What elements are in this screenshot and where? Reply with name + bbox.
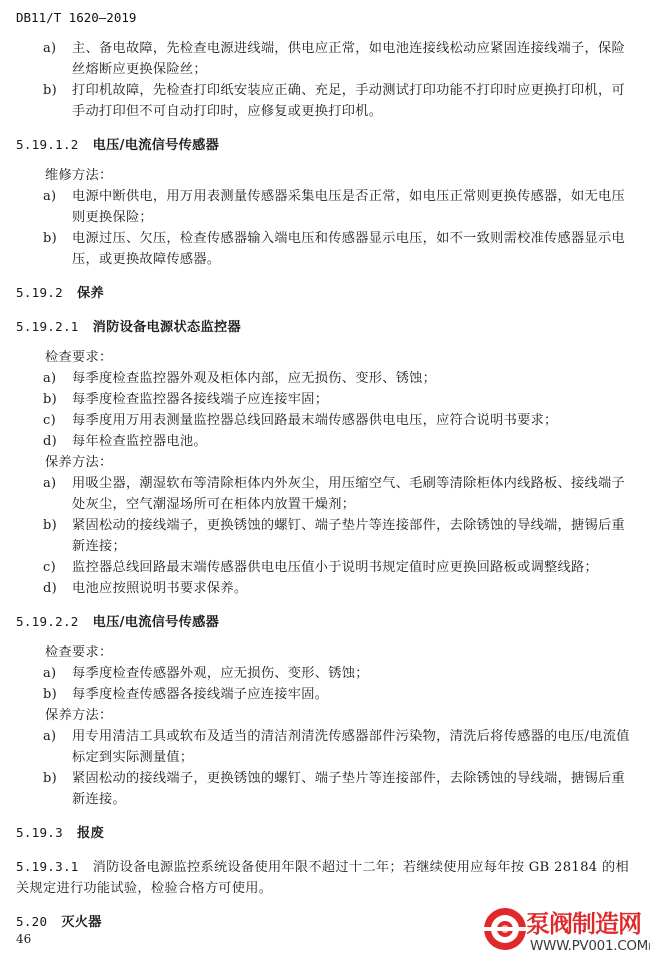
list-item: b) 每季度检查传感器各接线端子应连接牢固。 (0, 684, 650, 705)
list-marker: c) (43, 410, 56, 431)
list-item: a) 电源中断供电，用万用表测量传感器采集电压是否正常，如电压正常则更换传感器，… (0, 186, 650, 228)
section-number: 5.19.2 (16, 285, 63, 300)
section-title: 灭火器 (61, 915, 101, 930)
list-marker: b) (43, 768, 57, 789)
valve-logo-icon (482, 906, 528, 952)
list-item-text: 紧固松动的接线端子，更换锈蚀的螺钉、端子垫片等连接部件，去除锈蚀的导线端，搪锡后… (72, 518, 625, 554)
list-item: a) 主、备电故障，先检查电源进线端，供电应正常，如电池连接线松动应紧固连接线端… (0, 38, 650, 80)
list-item-text: 每年检查监控器电池。 (72, 434, 207, 449)
watermark-url-text: WWW.PV001.COM (530, 938, 648, 954)
list-marker: d) (43, 431, 57, 452)
check-requirements-label: 检查要求： (0, 642, 650, 663)
list-item: a) 用专用清洁工具或软布及适当的清洁剂清洗传感器部件污染物，清洗后将传感器的电… (0, 726, 650, 768)
page-content: a) 主、备电故障，先检查电源进线端，供电应正常，如电池连接线松动应紧固连接线端… (0, 38, 650, 933)
watermark-title: 泵阀制造网 (526, 904, 641, 939)
list-item-text: 电源中断供电，用万用表测量传感器采集电压是否正常，如电压正常则更换传感器，如无电… (72, 189, 625, 225)
list-marker: b) (43, 684, 57, 705)
document-page: DB11/T 1620—2019 a) 主、备电故障，先检查电源进线端，供电应正… (0, 0, 650, 962)
list-item: d) 每年检查监控器电池。 (0, 431, 650, 452)
clause-5-19-3-1: 5.19.3.1消防设备电源监控系统设备使用年限不超过十二年；若继续使用应每年按… (0, 856, 650, 899)
list-marker: a) (43, 663, 56, 684)
list-item: c) 每季度用万用表测量监控器总线回路最末端传感器供电电压，应符合说明书要求； (0, 410, 650, 431)
list-item-text: 电池应按照说明书要求保养。 (72, 581, 247, 596)
list-marker: a) (43, 186, 56, 207)
list-item-text: 每季度检查传感器外观，应无损伤、变形、锈蚀； (72, 666, 369, 681)
list-item-text: 每季度检查传感器各接线端子应连接牢固。 (72, 687, 328, 702)
list-item: a) 每季度检查监控器外观及柜体内部，应无损伤、变形、锈蚀； (0, 368, 650, 389)
list-item: b) 电源过压、欠压，检查传感器输入端电压和传感器显示电压，如不一致则需校准传感… (0, 228, 650, 270)
list-marker: a) (43, 368, 56, 389)
check-requirements-label: 检查要求： (0, 347, 650, 368)
section-title: 保养 (77, 286, 104, 301)
list-item-text: 电源过压、欠压，检查传感器输入端电压和传感器显示电压，如不一致则需校准传感器显示… (72, 231, 625, 267)
section-number: 5.19.2.2 (16, 614, 79, 629)
list-marker: d) (43, 578, 57, 599)
section-number: 5.19.1.2 (16, 137, 79, 152)
list-marker: a) (43, 473, 56, 494)
repair-method-label: 维修方法： (0, 165, 650, 186)
list-item: d) 电池应按照说明书要求保养。 (0, 578, 650, 599)
list-item: a) 每季度检查传感器外观，应无损伤、变形、锈蚀； (0, 663, 650, 684)
list-item-text: 监控器总线回路最末端传感器供电电压值小于说明书规定值时应更换回路板或调整线路； (72, 560, 598, 575)
section-heading-5-19-2: 5.19.2保养 (0, 282, 650, 304)
list-item-text: 每季度用万用表测量监控器总线回路最末端传感器供电电压，应符合说明书要求； (72, 413, 558, 428)
list-marker: b) (43, 228, 57, 249)
clause-text: 消防设备电源监控系统设备使用年限不超过十二年；若继续使用应每年按 GB 2818… (16, 860, 629, 896)
maintenance-method-label: 保养方法： (0, 705, 650, 726)
section-heading-5-19-2-2: 5.19.2.2电压/电流信号传感器 (0, 611, 650, 633)
section-title: 电压/电流信号传感器 (93, 138, 220, 153)
list-item: b) 每季度检查监控器各接线端子应连接牢固； (0, 389, 650, 410)
maintenance-method-label: 保养方法： (0, 452, 650, 473)
list-item-text: 打印机故障，先检查打印纸安装应正确、充足，手动测试打印功能不打印时应更换打印机，… (72, 83, 625, 119)
fault-repair-list: a) 主、备电故障，先检查电源进线端，供电应正常，如电池连接线松动应紧固连接线端… (0, 38, 650, 122)
standard-id-header: DB11/T 1620—2019 (16, 10, 136, 25)
section-number: 5.19.2.1 (16, 319, 79, 334)
list-marker: b) (43, 389, 57, 410)
section-title: 消防设备电源状态监控器 (93, 320, 241, 335)
list-item-text: 用吸尘器，潮湿软布等清除柜体内外灰尘，用压缩空气、毛刷等清除柜体内线路板、接线端… (72, 476, 625, 512)
list-marker: a) (43, 726, 56, 747)
list-item-text: 用专用清洁工具或软布及适当的清洁剂清洗传感器部件污染物，清洗后将传感器的电压/电… (72, 729, 630, 765)
section-number: 5.20 (16, 914, 47, 929)
list-item-text: 每季度检查监控器外观及柜体内部，应无损伤、变形、锈蚀； (72, 371, 436, 386)
clause-number: 5.19.3.1 (16, 859, 79, 874)
site-watermark: 泵阀制造网 WWW.PV001.COMM (482, 902, 650, 958)
list-item: c) 监控器总线回路最末端传感器供电电压值小于说明书规定值时应更换回路板或调整线… (0, 557, 650, 578)
list-item-text: 紧固松动的接线端子，更换锈蚀的螺钉、端子垫片等连接部件，去除锈蚀的导线端，搪锡后… (72, 771, 625, 807)
section-heading-5-19-2-1: 5.19.2.1消防设备电源状态监控器 (0, 316, 650, 338)
watermark-url: WWW.PV001.COMM (530, 938, 650, 954)
section-title: 电压/电流信号传感器 (93, 615, 220, 630)
list-marker: b) (43, 515, 57, 536)
section-number: 5.19.3 (16, 825, 63, 840)
list-marker: a) (43, 38, 56, 59)
list-item: a) 用吸尘器，潮湿软布等清除柜体内外灰尘，用压缩空气、毛刷等清除柜体内线路板、… (0, 473, 650, 515)
section-heading-5-19-3: 5.19.3报废 (0, 822, 650, 844)
list-item: b) 打印机故障，先检查打印纸安装应正确、充足，手动测试打印功能不打印时应更换打… (0, 80, 650, 122)
list-item: b) 紧固松动的接线端子，更换锈蚀的螺钉、端子垫片等连接部件，去除锈蚀的导线端，… (0, 515, 650, 557)
list-item: b) 紧固松动的接线端子，更换锈蚀的螺钉、端子垫片等连接部件，去除锈蚀的导线端，… (0, 768, 650, 810)
list-marker: b) (43, 80, 57, 101)
list-marker: c) (43, 557, 56, 578)
section-heading-5-19-1-2: 5.19.1.2电压/电流信号传感器 (0, 134, 650, 156)
list-item-text: 主、备电故障，先检查电源进线端，供电应正常，如电池连接线松动应紧固连接线端子，保… (72, 41, 625, 77)
section-title: 报废 (77, 826, 104, 841)
list-item-text: 每季度检查监控器各接线端子应连接牢固； (72, 392, 328, 407)
page-number: 46 (16, 932, 31, 946)
